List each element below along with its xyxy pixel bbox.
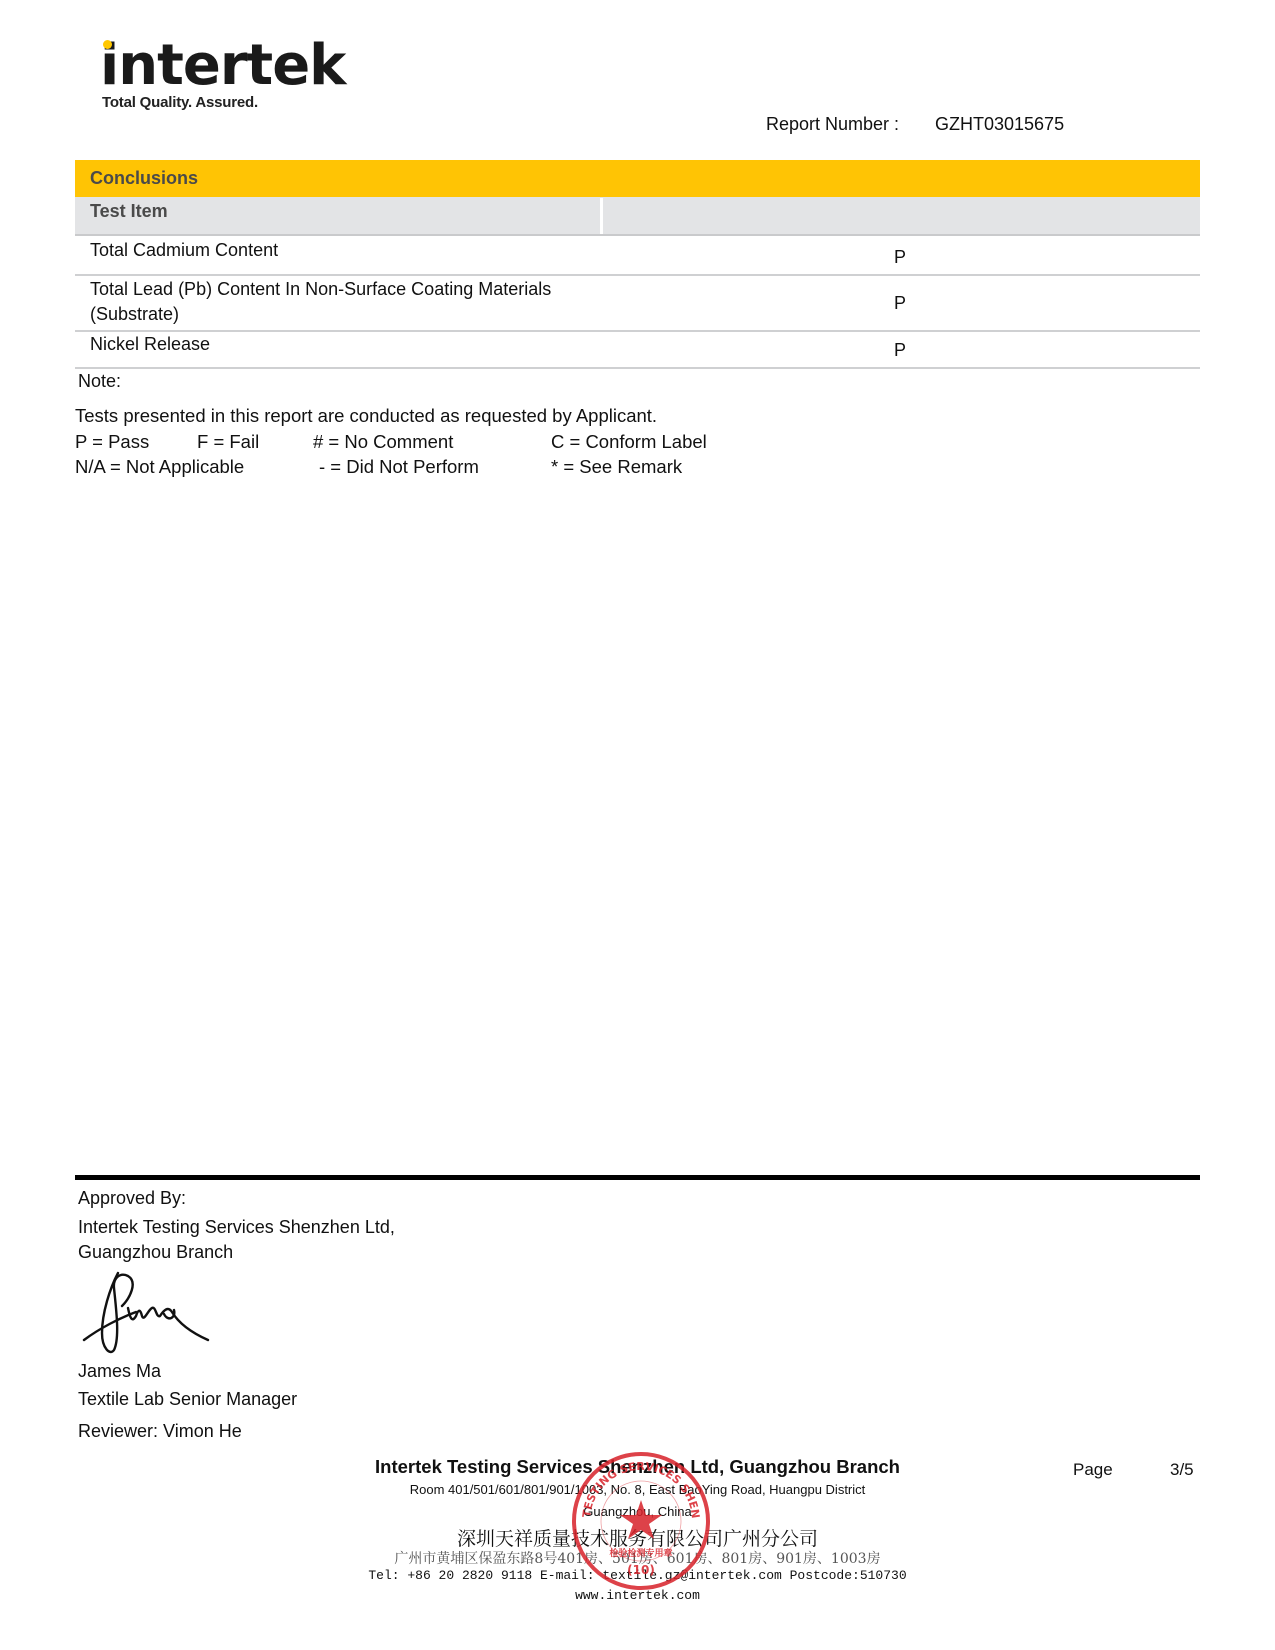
- test-item-name: Total Cadmium Content: [90, 240, 278, 261]
- test-item-name: Nickel Release: [90, 334, 210, 355]
- logo-dot-icon: [103, 40, 112, 49]
- footer-company: Intertek Testing Services Shenzhen Ltd, …: [0, 1456, 1275, 1478]
- footer-city: Guangzhou, China: [0, 1504, 1275, 1519]
- test-item-name: Total Lead (Pb) Content In Non-Surface C…: [90, 279, 551, 300]
- column-header-test-item: Test Item: [90, 201, 168, 222]
- conclusions-header-bar: [75, 160, 1200, 197]
- reviewer: Reviewer: Vimon He: [78, 1421, 242, 1442]
- approver-company: Intertek Testing Services Shenzhen Ltd,: [78, 1217, 395, 1238]
- test-result: P: [894, 340, 906, 361]
- test-result: P: [894, 293, 906, 314]
- row-divider: [75, 330, 1200, 332]
- intertek-logo: intertek Total Quality. Assured.: [100, 34, 330, 114]
- legend-conform-label: C = Conform Label: [551, 431, 707, 453]
- row-divider: [75, 367, 1200, 369]
- test-result: P: [894, 247, 906, 268]
- column-divider: [600, 198, 603, 234]
- logo-wordmark: intertek: [100, 34, 345, 98]
- note-label: Note:: [78, 371, 121, 392]
- approver-title: Textile Lab Senior Manager: [78, 1389, 297, 1410]
- section-divider: [75, 1175, 1200, 1180]
- test-item-name-continued: (Substrate): [90, 304, 179, 325]
- legend-see-remark: * = See Remark: [551, 456, 682, 478]
- approver-name: James Ma: [78, 1361, 161, 1382]
- logo-tagline: Total Quality. Assured.: [102, 94, 258, 111]
- table-header-row: [75, 197, 1200, 236]
- signature-icon: [80, 1268, 215, 1358]
- legend-pass: P = Pass: [75, 431, 149, 453]
- approver-branch: Guangzhou Branch: [78, 1242, 233, 1263]
- footer-company-chinese: 深圳天祥质量技术服务有限公司广州分公司: [0, 1524, 1275, 1551]
- approved-by-label: Approved By:: [78, 1188, 186, 1209]
- footer-website: www.intertek.com: [0, 1588, 1275, 1603]
- legend-fail: F = Fail: [197, 431, 259, 453]
- footer-contacts: Tel: +86 20 2820 9118 E-mail: textile.gz…: [0, 1568, 1275, 1583]
- legend-no-comment: # = No Comment: [313, 431, 453, 453]
- note-statement: Tests presented in this report are condu…: [75, 405, 657, 427]
- legend-not-applicable: N/A = Not Applicable: [75, 456, 244, 478]
- footer-address-chinese: 广州市黄埔区保盈东路8号401房、501房、601房、801房、901房、100…: [0, 1548, 1275, 1568]
- report-number-label: Report Number :: [766, 114, 899, 135]
- conclusions-title: Conclusions: [90, 168, 198, 189]
- footer-address: Room 401/501/601/801/901/1003, No. 8, Ea…: [0, 1482, 1275, 1497]
- report-number-value: GZHT03015675: [935, 114, 1064, 135]
- row-divider: [75, 274, 1200, 276]
- legend-did-not-perform: - = Did Not Perform: [319, 456, 479, 478]
